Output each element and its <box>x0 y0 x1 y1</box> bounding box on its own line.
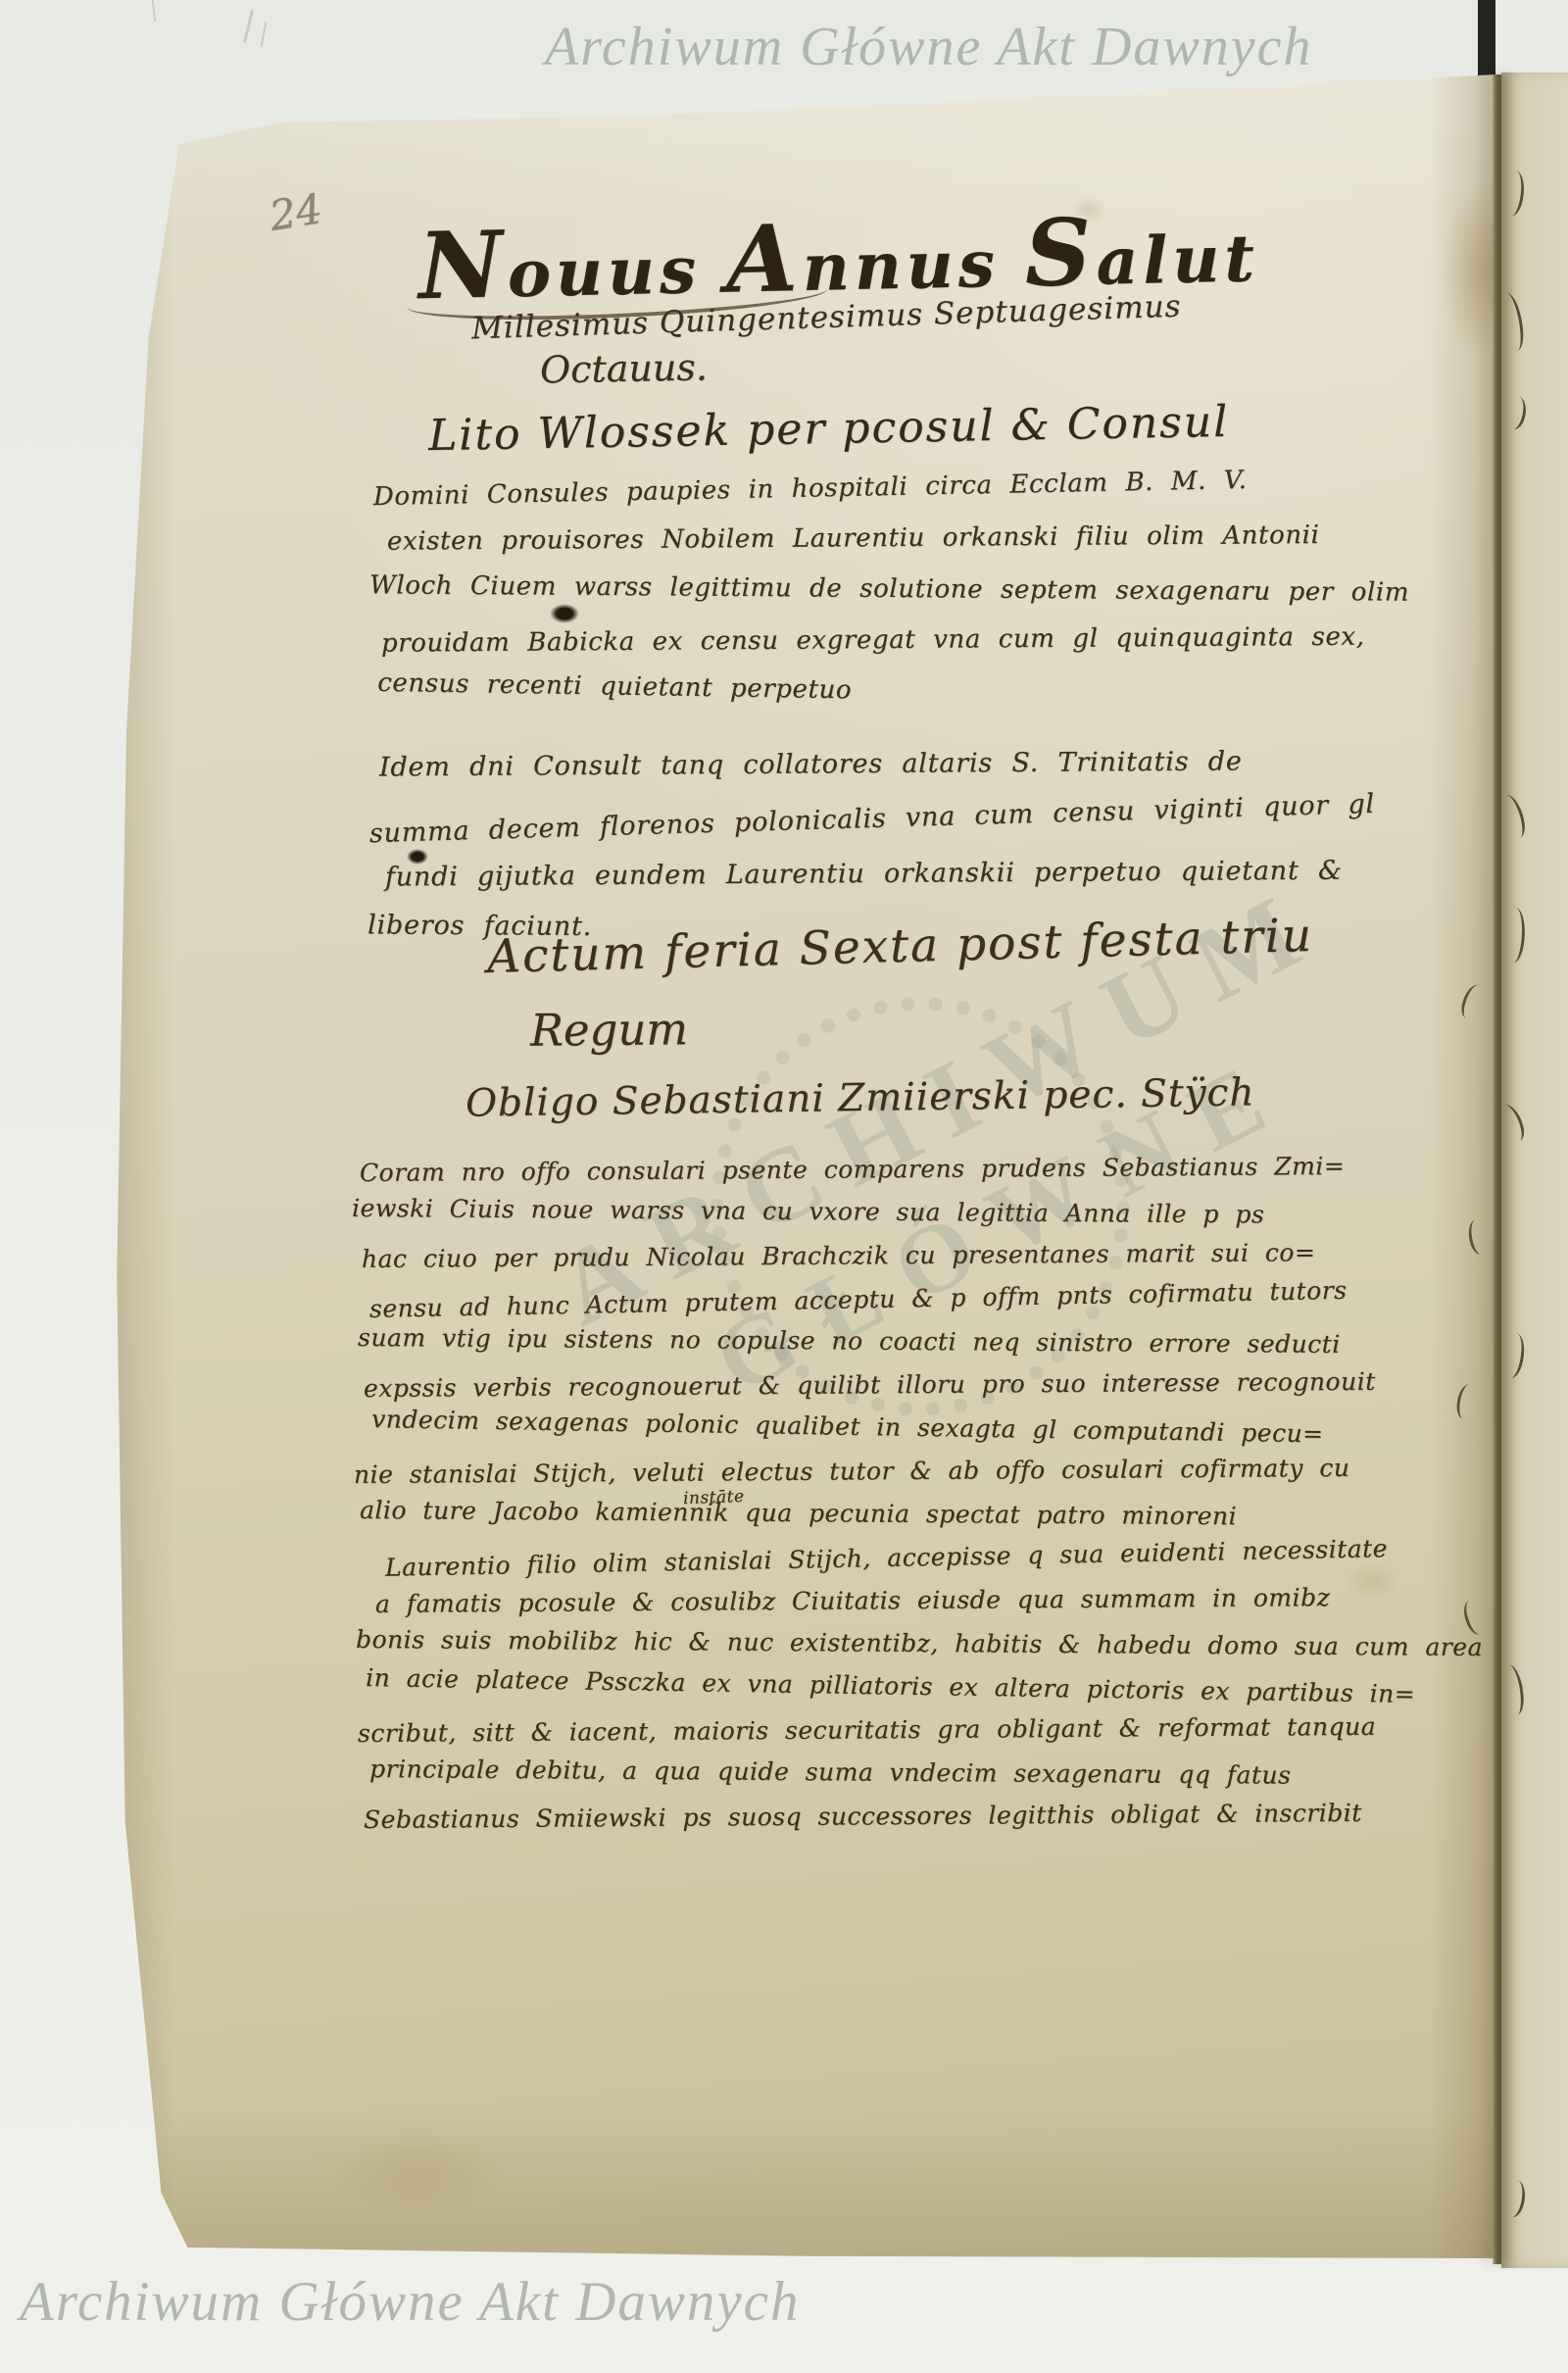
book-spine-strip <box>1478 0 1495 78</box>
ink-stroke-fragment <box>1497 792 1529 841</box>
entry-heading-wlossek: Lito Wlossek per pcosul & Consul <box>428 397 1230 461</box>
manuscript-line: existen prouisores Nobilem Laurentiu ork… <box>387 519 1409 577</box>
ink-blot <box>550 604 579 623</box>
facing-page-edge <box>1501 73 1568 2268</box>
manuscript-line: Wloch Ciuem warss legittimu de solutione… <box>369 570 1409 628</box>
ink-stroke-fragment <box>1458 982 1487 1021</box>
entry-heading-obligo: Obligo Sebastiani Zmiierski pec. Stÿch <box>465 1070 1255 1125</box>
manuscript-line: Sebastianus Smiiewski ps suosq successor… <box>364 1798 1483 1849</box>
interline-note: instāte <box>683 1487 745 1508</box>
ink-blot <box>407 849 428 865</box>
ink-stroke-fragment <box>1497 291 1526 352</box>
manuscript-line: suam vtig ipu sistens no copulse no coac… <box>358 1323 1483 1374</box>
manuscript-line: a famatis pcosule & cosulibz Ciuitatis e… <box>375 1582 1483 1633</box>
archive-scan: ARCHIWUM GŁÓWNE 24 NouusAnnusSalut Mille… <box>0 0 1568 2373</box>
digital-watermark-top: Archiwum Główne Akt Dawnych <box>545 16 1312 78</box>
actum-heading-word: Regum <box>530 1003 688 1056</box>
manuscript-page: ARCHIWUM GŁÓWNE 24 NouusAnnusSalut Mille… <box>113 74 1497 2258</box>
entry-paragraph-wlossek: Domini Consules paupies in hospitali cir… <box>373 472 1409 727</box>
ink-stroke-fragment <box>1501 907 1528 964</box>
paper-fibre-mark <box>261 22 267 47</box>
paper-fibre-mark <box>152 0 156 22</box>
entry-paragraph-obligo: Coram nro offo consulari psente comparen… <box>360 1155 1483 1845</box>
ink-stroke-fragment <box>1501 394 1531 431</box>
year-word: Octauus. <box>540 346 709 392</box>
folio-number: 24 <box>266 184 324 240</box>
manuscript-line: census recenti quietant perpetuo <box>377 668 1410 736</box>
digital-watermark-bottom: Archiwum Główne Akt Dawnych <box>20 2270 800 2334</box>
ink-stroke-fragment <box>1500 2178 1530 2219</box>
manuscript-line: principale debitu, a qua quide suma vnde… <box>369 1755 1483 1805</box>
manuscript-line: Coram nro offo consulari psente comparen… <box>360 1151 1483 1202</box>
book-gutter <box>1493 74 1501 2264</box>
manuscript-line: fundi gijutka eundem Laurentiu orkanskii… <box>385 855 1376 916</box>
paper-fibre-mark <box>243 10 254 43</box>
ink-stroke-fragment <box>1498 1331 1528 1379</box>
ink-stroke-fragment <box>1499 170 1528 218</box>
ink-stroke-fragment <box>1499 1663 1525 1716</box>
